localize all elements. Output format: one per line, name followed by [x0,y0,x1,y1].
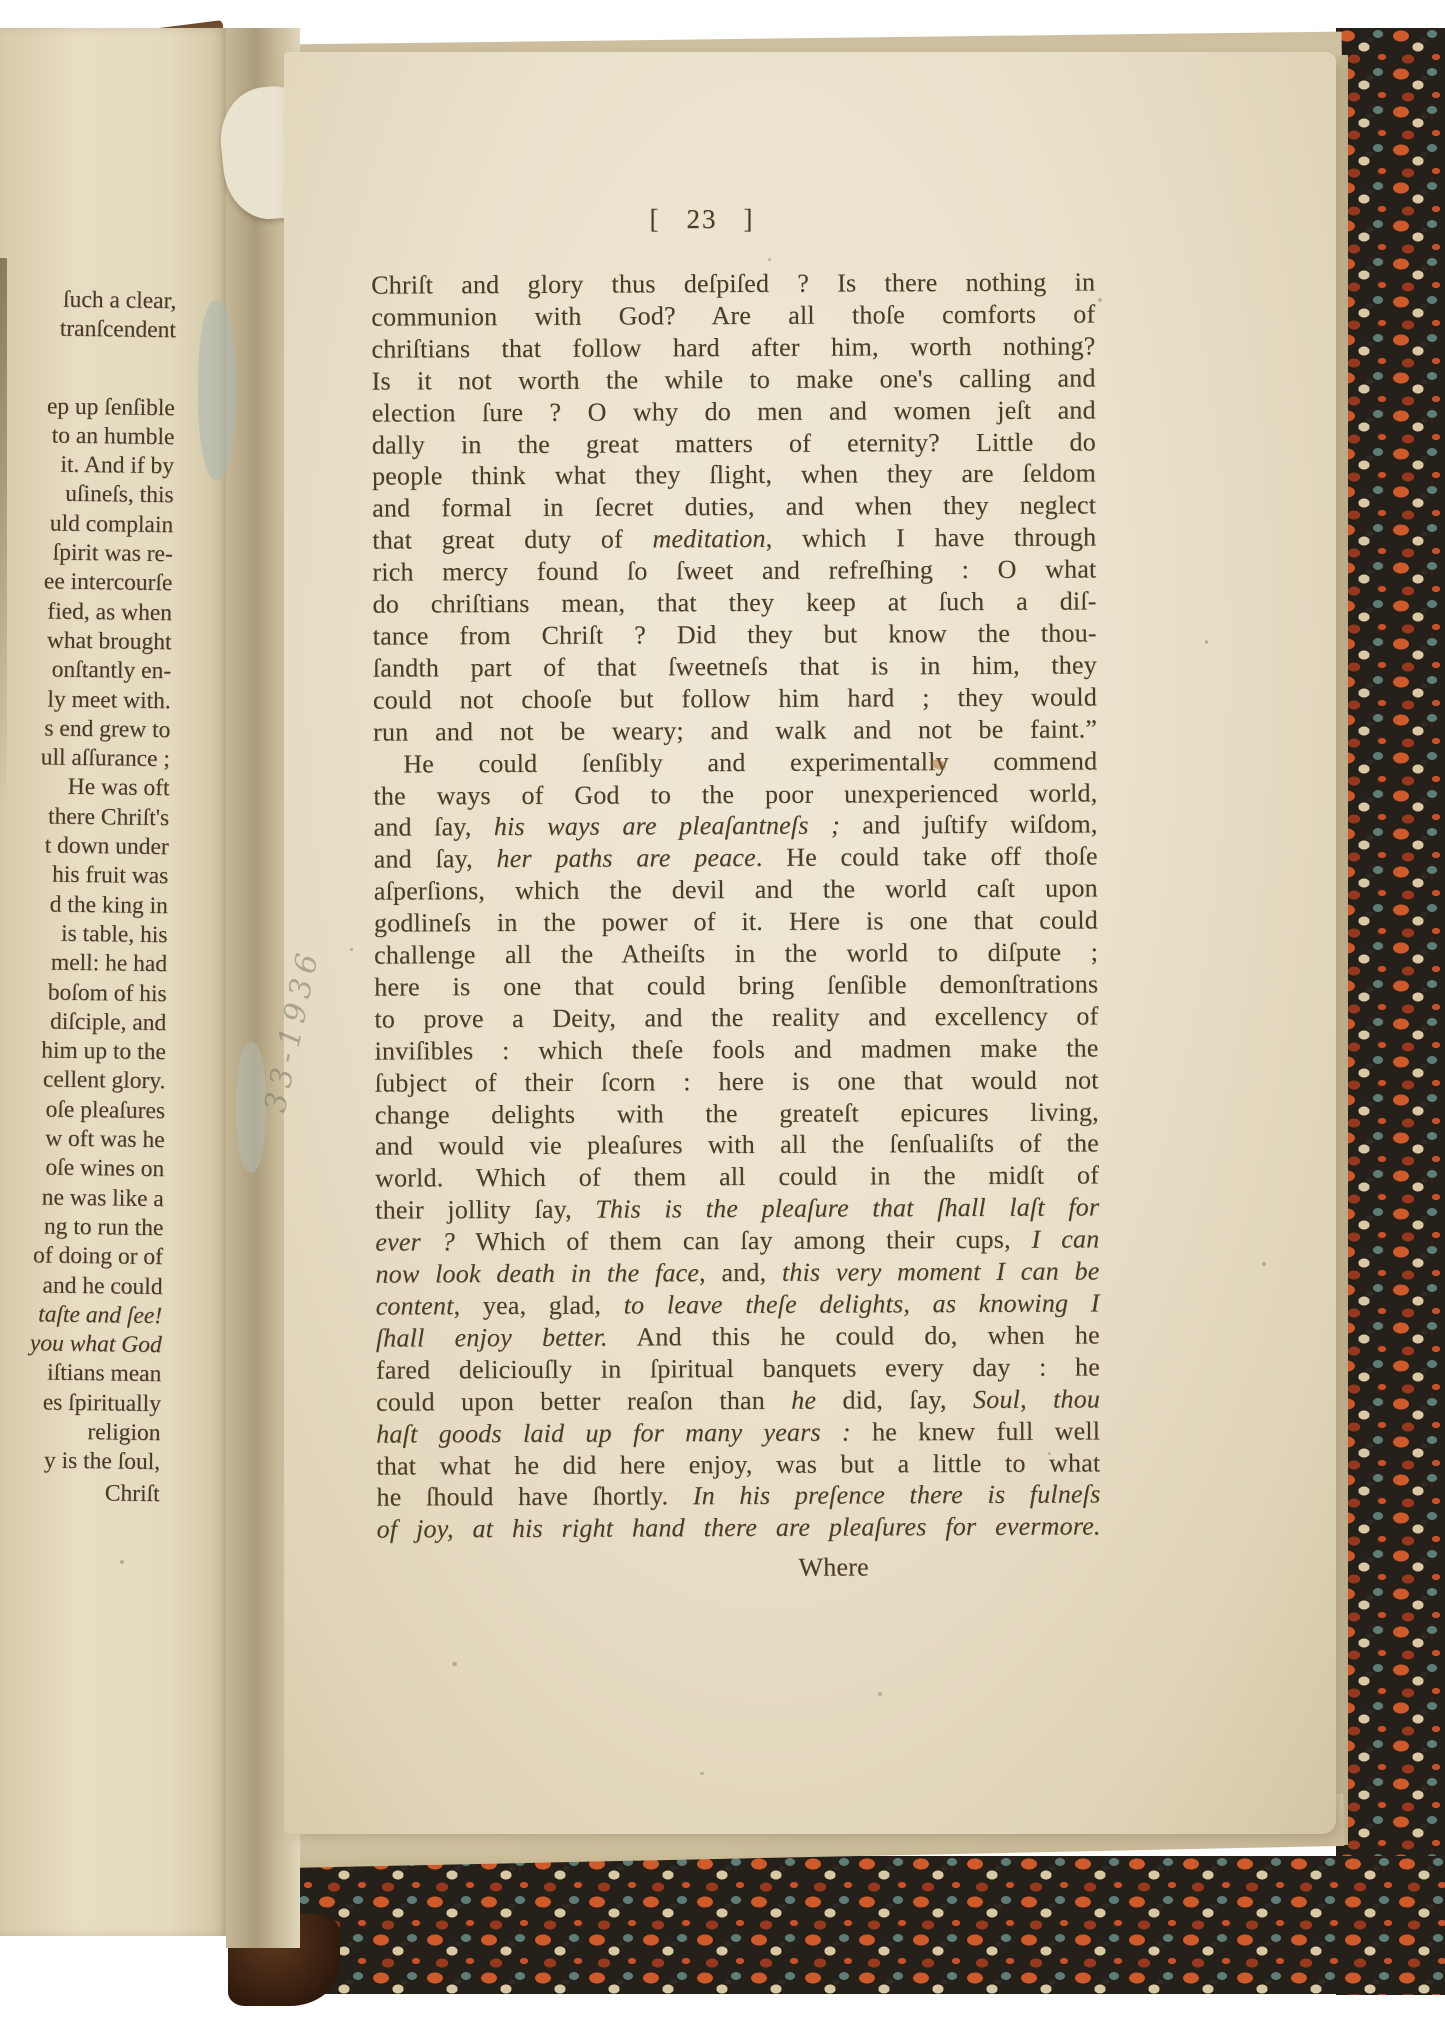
text-line: here is one that could bring ſenſible de… [374,968,1098,1003]
text-line: is table, his [0,919,168,951]
text-line: mell: he had [0,948,167,980]
marbled-endpaper-bottom [262,1856,1445,1994]
foxing-speck [1262,1262,1266,1266]
text-line: fied, as when [4,597,172,629]
text-line: challenge all the Atheiſts in the world … [374,936,1098,971]
text-line: oſe wines on [0,1153,164,1185]
text-line: uld complain [5,509,173,541]
text-line: of doing or of [0,1241,163,1273]
text-line: ne was like a [0,1182,164,1214]
text-line: there Chriſt's [1,802,169,834]
left-page: ſuch a clear,tranſcendentep up ſenſiblet… [0,28,226,1936]
text-line: and ſay, his ways are pleaſantneſs ; and… [373,809,1097,844]
page-number: 23 [661,204,744,234]
text-line: world. Which of them all could in the mi… [375,1160,1099,1195]
paper-discoloration [198,300,236,480]
text-line: ſhall enjoy better. And this he could do… [376,1319,1100,1354]
text-line: to prove a Deity, and the reality and ex… [374,1000,1098,1035]
text-line: fared deliciouſly in ſpiritual banquets … [376,1351,1100,1386]
text-line: religion [0,1417,161,1449]
text-line: He was oft [1,772,169,804]
book-photo: ſuch a clear,tranſcendentep up ſenſiblet… [0,0,1445,2023]
bracket-left: [ [650,204,661,234]
catchword: Where [377,1551,1101,1586]
text-line: the ways of God to the poor unexperience… [373,777,1097,812]
text-line: oſe pleaſures [0,1095,165,1127]
foxing-speck [520,470,523,473]
foxing-speck [618,1238,622,1242]
text-line: to an humble [6,421,174,453]
text-line: diſciple, and [0,1007,166,1039]
right-page: [23] Chriſt and glory thus deſpiſed ? Is… [284,52,1336,1834]
text-line: could upon better reaſon than he did, ſa… [376,1383,1100,1418]
foxing-speck [1098,298,1102,302]
marbled-endpaper-right [1336,28,1445,1995]
text-line: that great duty of meditation, which I h… [372,522,1096,557]
column-gap [7,343,176,393]
text-line: and would vie pleaſures with all the ſen… [375,1128,1099,1163]
text-line: ſuch a clear, [8,285,176,317]
catchword: Chriſt [0,1475,160,1509]
text-line: es ſpiritually [0,1387,161,1419]
text-line: content, yea, glad, to leave theſe delig… [376,1287,1100,1322]
text-line: ng to run the [0,1212,164,1244]
foxing-speck [768,258,771,261]
text-line: he ſhould have ſhortly. In his preſence … [376,1479,1100,1514]
foxing-speck [1048,1452,1051,1455]
text-line: inviſibles : which theſe fools and madme… [374,1032,1098,1067]
foxing-speck [1205,640,1208,644]
text-line: you what God [0,1329,162,1361]
text-line: ee intercourſe [4,567,172,599]
text-line: communion with God? Are all thoſe comfor… [371,298,1095,333]
text-line: y is the ſoul, [0,1446,160,1478]
text-line: his fruit was [0,860,168,892]
foxing-speck [878,1692,882,1696]
text-line: ſandth part of that ſweetneſs that is in… [373,649,1097,684]
text-line: could not chooſe but follow him hard ; t… [373,681,1097,716]
text-line: and he could [0,1270,163,1302]
text-line: ſubject of their ſcorn : here is one tha… [375,1064,1099,1099]
text-line: and ſay, her paths are peace. He could t… [374,841,1098,876]
text-line: it. And if by [6,450,174,482]
text-line: iſtians mean [0,1358,162,1390]
foxing-speck [120,1560,124,1564]
text-line: w oft was he [0,1124,165,1156]
text-line: people think what they ſlight, when they… [372,458,1096,493]
text-line: rich mercy found ſo ſweet and refreſhing… [372,554,1096,589]
text-line: dally in the great matters of eternity? … [372,426,1096,461]
text-line: aſperſions, which the devil and the worl… [374,873,1098,908]
text-line: what brought [3,626,171,658]
text-line: uſineſs, this [5,479,173,511]
text-line: onſtantly en- [3,655,171,687]
text-line: t down under [1,831,169,863]
text-line: godlineſs in the power of it. Here is on… [374,905,1098,940]
text-line: haſt goods laid up for many years : he k… [376,1415,1100,1450]
right-page-text-block: Chriſt and glory thus deſpiſed ? Is ther… [371,266,1101,1585]
foxing-speck [350,948,353,951]
text-line: that what he did here enjoy, was but a l… [376,1447,1100,1482]
text-line: ever ? Which of them can ſay among their… [375,1224,1099,1259]
text-line: and formal in ſecret duties, and when th… [372,490,1096,525]
left-page-text-column: ſuch a clear,tranſcendentep up ſenſiblet… [0,285,177,1509]
text-line: him up to the [0,1036,166,1068]
bracket-right: ] [744,204,755,234]
text-line: s end grew to [2,714,170,746]
foxing-speck [452,1662,457,1666]
text-line: run and not be weary; and walk and not b… [373,713,1097,748]
text-line: their jollity ſay, This is the pleaſure … [375,1192,1099,1227]
text-line: of joy, at his right hand there are plea… [377,1511,1101,1546]
text-line: tranſcendent [8,314,176,346]
text-line: ep up ſenſible [7,391,175,423]
text-line: ſpirit was re- [5,538,173,570]
text-line: cellent glory. [0,1065,166,1097]
text-line: chriſtians that follow hard after him, w… [371,330,1095,365]
text-line: ull aſſurance ; [2,743,170,775]
text-line: taſte and ſee! [0,1300,162,1332]
text-line: d the king in [0,889,168,921]
text-line: election ſure ? O why do men and women j… [372,394,1096,429]
page-number-header: [23] [340,204,1064,235]
text-line: tance from Chriſt ? Did they but know th… [373,617,1097,652]
text-line: Chriſt and glory thus deſpiſed ? Is ther… [371,266,1095,301]
text-line: Is it not worth the while to make one's … [372,362,1096,397]
foxing-speck [700,1772,704,1775]
text-line: do chriſtians mean, that they keep at ſu… [373,585,1097,620]
text-line: ly meet with. [3,684,171,716]
text-line: He could ſenſibly and experimentally com… [373,745,1097,780]
text-line: boſom of his [0,977,167,1009]
text-line: change delights with the greateſt epicur… [375,1096,1099,1131]
right-page-lines: Chriſt and glory thus deſpiſed ? Is ther… [371,266,1101,1545]
text-line: now look death in the face, and, this ve… [375,1256,1099,1291]
